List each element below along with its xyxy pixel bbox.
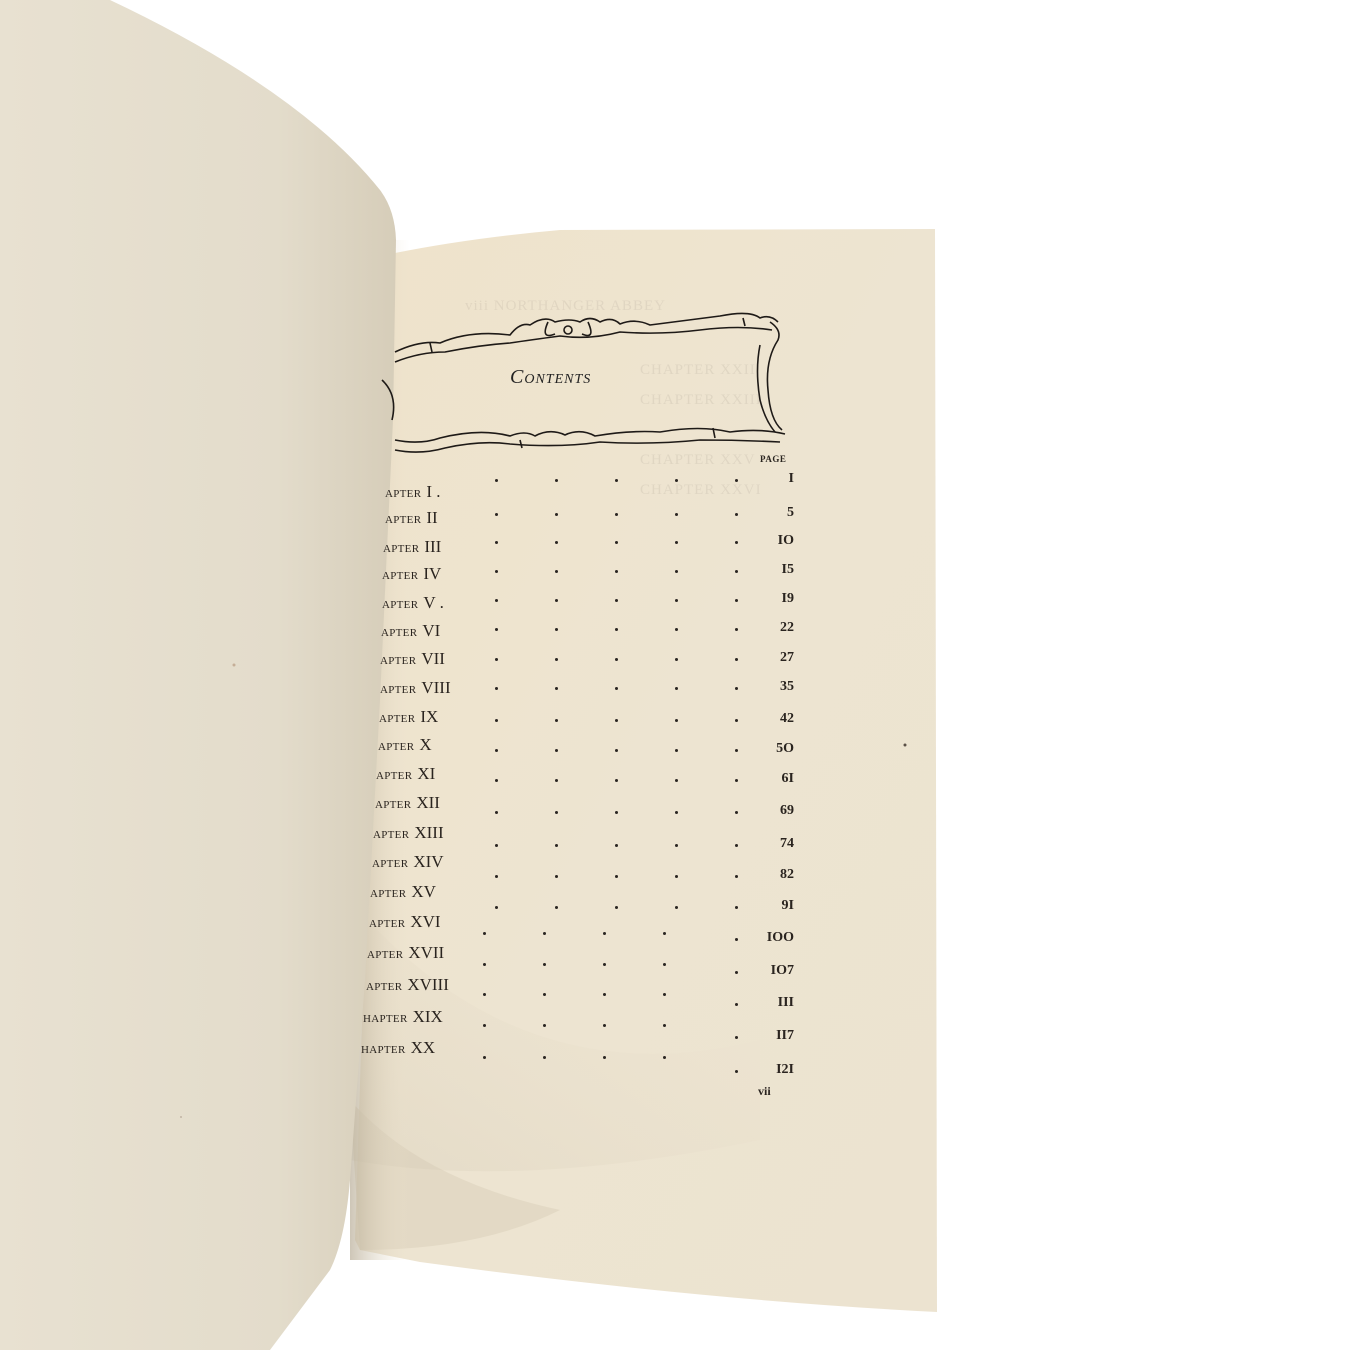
leader-dot	[495, 658, 498, 661]
chapter-word: APTER	[385, 488, 421, 500]
chapter-numeral: IX	[420, 707, 438, 726]
chapter-label: APTERXVII	[367, 943, 444, 963]
leader-dot	[555, 599, 558, 602]
chapter-word: APTER	[385, 514, 421, 526]
chapter-word: APTER	[378, 741, 414, 753]
leader-dot	[495, 513, 498, 516]
chapter-numeral: VIII	[421, 678, 450, 697]
leader-dot	[555, 906, 558, 909]
page-number: 9I	[734, 898, 794, 914]
chapter-label: APTERVI	[381, 621, 440, 641]
leader-dot	[483, 932, 486, 935]
chapter-numeral: XIX	[413, 1007, 443, 1026]
page-number: IO	[734, 533, 794, 549]
leader-dot	[603, 993, 606, 996]
page-number: I2I	[734, 1062, 794, 1078]
chapter-numeral: XI	[417, 764, 435, 783]
leader-dot	[555, 513, 558, 516]
chapter-label: APTERXVI	[369, 912, 441, 932]
page-folio-number: vii	[758, 1084, 771, 1099]
chapter-numeral: XX	[411, 1038, 436, 1057]
chapter-numeral: XVIII	[407, 975, 449, 994]
leader-dot	[603, 932, 606, 935]
chapter-numeral: II	[426, 508, 437, 527]
leader-dot	[675, 541, 678, 544]
chapter-label: APTERIII	[383, 537, 441, 557]
leader-dot	[675, 875, 678, 878]
leader-dot	[603, 1024, 606, 1027]
leader-dot	[543, 1056, 546, 1059]
leader-dot	[495, 875, 498, 878]
leader-dot	[495, 628, 498, 631]
leader-dot	[675, 844, 678, 847]
leader-dot	[615, 844, 618, 847]
chapter-label: APTERIX	[379, 707, 438, 727]
chapter-numeral: XIII	[414, 823, 443, 842]
chapter-label: HAPTERXIX	[363, 1007, 443, 1027]
chapter-label: APTERV .	[382, 593, 444, 613]
page-number: 69	[734, 803, 794, 819]
leader-dot	[615, 749, 618, 752]
chapter-label: APTERXIII	[373, 823, 444, 843]
leader-dot	[495, 779, 498, 782]
leader-dot	[495, 719, 498, 722]
chapter-label: APTERII	[385, 508, 438, 528]
leader-dot	[675, 811, 678, 814]
chapter-word: APTER	[383, 543, 419, 555]
page-number: 27	[734, 650, 794, 666]
leader-dot	[555, 658, 558, 661]
page-number: 22	[734, 620, 794, 636]
chapter-word: APTER	[379, 713, 415, 725]
chapter-word: APTER	[372, 858, 408, 870]
leader-dot	[615, 628, 618, 631]
leader-dot	[495, 541, 498, 544]
chapter-label: APTERVIII	[380, 678, 451, 698]
chapter-word: HAPTER	[363, 1013, 408, 1025]
page-number: I9	[734, 591, 794, 607]
chapter-label: APTERXII	[375, 793, 440, 813]
leader-dot	[603, 963, 606, 966]
chapter-label: APTERX	[378, 735, 432, 755]
leader-dot	[615, 719, 618, 722]
leader-dot	[663, 1056, 666, 1059]
leader-dot	[675, 687, 678, 690]
chapter-word: APTER	[367, 949, 403, 961]
leader-dot	[483, 993, 486, 996]
leader-dot	[555, 811, 558, 814]
leader-dot	[555, 479, 558, 482]
leader-dot	[663, 932, 666, 935]
chapter-numeral: V .	[423, 593, 443, 612]
chapter-numeral: XV	[411, 882, 436, 901]
leader-dot	[555, 687, 558, 690]
chapter-word: APTER	[370, 888, 406, 900]
chapter-word: HAPTER	[361, 1044, 406, 1056]
chapter-label: APTERXI	[376, 764, 435, 784]
chapter-label: APTERVII	[380, 649, 445, 669]
book-photo: viii NORTHANGER ABBEY CHAPTER XXII CHAPT…	[0, 0, 1350, 1350]
leader-dot	[603, 1056, 606, 1059]
leader-dot	[555, 779, 558, 782]
leader-dot	[483, 1024, 486, 1027]
chapter-word: APTER	[376, 770, 412, 782]
chapter-label: APTERXVIII	[366, 975, 449, 995]
page-number: I5	[734, 562, 794, 578]
chapter-word: APTER	[380, 655, 416, 667]
chapter-numeral: X	[419, 735, 431, 754]
leader-dot	[555, 541, 558, 544]
leader-dot	[543, 963, 546, 966]
leader-dot	[663, 963, 666, 966]
chapter-label: APTERI .	[385, 482, 441, 502]
leader-dot	[615, 906, 618, 909]
page-number: 5	[734, 505, 794, 521]
page-number: II7	[734, 1028, 794, 1044]
chapter-numeral: VII	[421, 649, 445, 668]
leader-dot	[675, 749, 678, 752]
leader-dot	[615, 479, 618, 482]
leader-dot	[495, 906, 498, 909]
page-number: IO7	[734, 963, 794, 979]
page-number: 74	[734, 836, 794, 852]
chapter-word: APTER	[382, 599, 418, 611]
contents-title: Contents	[510, 366, 591, 389]
leader-dot	[555, 628, 558, 631]
page-number: 82	[734, 867, 794, 883]
chapter-numeral: XIV	[413, 852, 443, 871]
leader-dot	[495, 749, 498, 752]
chapter-label: HAPTERXX	[361, 1038, 435, 1058]
leader-dot	[555, 719, 558, 722]
chapter-numeral: XII	[416, 793, 440, 812]
leader-dot	[555, 570, 558, 573]
leader-dot	[675, 719, 678, 722]
leader-dot	[675, 658, 678, 661]
leader-dot	[663, 1024, 666, 1027]
chapter-label: APTERXV	[370, 882, 436, 902]
leader-dot	[675, 628, 678, 631]
leader-dot	[495, 570, 498, 573]
leader-dot	[483, 1056, 486, 1059]
chapter-word: APTER	[373, 829, 409, 841]
leader-dot	[495, 479, 498, 482]
chapter-numeral: III	[424, 537, 441, 556]
chapter-numeral: I .	[426, 482, 440, 501]
leader-dot	[615, 779, 618, 782]
leader-dot	[495, 687, 498, 690]
leader-dot	[675, 513, 678, 516]
leader-dot	[615, 541, 618, 544]
leader-dot	[555, 844, 558, 847]
leader-dot	[555, 875, 558, 878]
leader-dot	[495, 599, 498, 602]
leader-dot	[615, 875, 618, 878]
leader-dot	[675, 570, 678, 573]
leader-dot	[675, 599, 678, 602]
page-number: 42	[734, 711, 794, 727]
page-number: 35	[734, 679, 794, 695]
chapter-numeral: XVII	[408, 943, 444, 962]
leader-dot	[543, 932, 546, 935]
page-number: III	[734, 995, 794, 1011]
leader-dot	[555, 749, 558, 752]
leader-dot	[615, 658, 618, 661]
leader-dot	[675, 906, 678, 909]
page-number: 6I	[734, 771, 794, 787]
leader-dot	[615, 687, 618, 690]
page-number: I	[734, 471, 794, 487]
chapter-word: APTER	[382, 570, 418, 582]
chapter-word: APTER	[366, 981, 402, 993]
chapter-word: APTER	[375, 799, 411, 811]
chapter-numeral: IV	[423, 564, 441, 583]
leader-dot	[543, 1024, 546, 1027]
leader-dot	[615, 513, 618, 516]
chapter-numeral: VI	[422, 621, 440, 640]
page-column-header: PAGE	[760, 454, 786, 464]
leader-dot	[615, 811, 618, 814]
leader-dot	[495, 844, 498, 847]
leader-dot	[675, 779, 678, 782]
table-of-contents: Contents PAGE APTERI .IAPTERII5APTERIIII…	[0, 0, 1350, 1350]
leader-dot	[483, 963, 486, 966]
leader-dot	[675, 479, 678, 482]
leader-dot	[615, 599, 618, 602]
leader-dot	[543, 993, 546, 996]
page-number: 5O	[734, 741, 794, 757]
page-number: IOO	[734, 930, 794, 946]
chapter-label: APTERIV	[382, 564, 441, 584]
chapter-word: APTER	[369, 918, 405, 930]
chapter-numeral: XVI	[410, 912, 440, 931]
leader-dot	[663, 993, 666, 996]
leader-dot	[615, 570, 618, 573]
leader-dot	[495, 811, 498, 814]
chapter-label: APTERXIV	[372, 852, 444, 872]
chapter-word: APTER	[380, 684, 416, 696]
chapter-word: APTER	[381, 627, 417, 639]
